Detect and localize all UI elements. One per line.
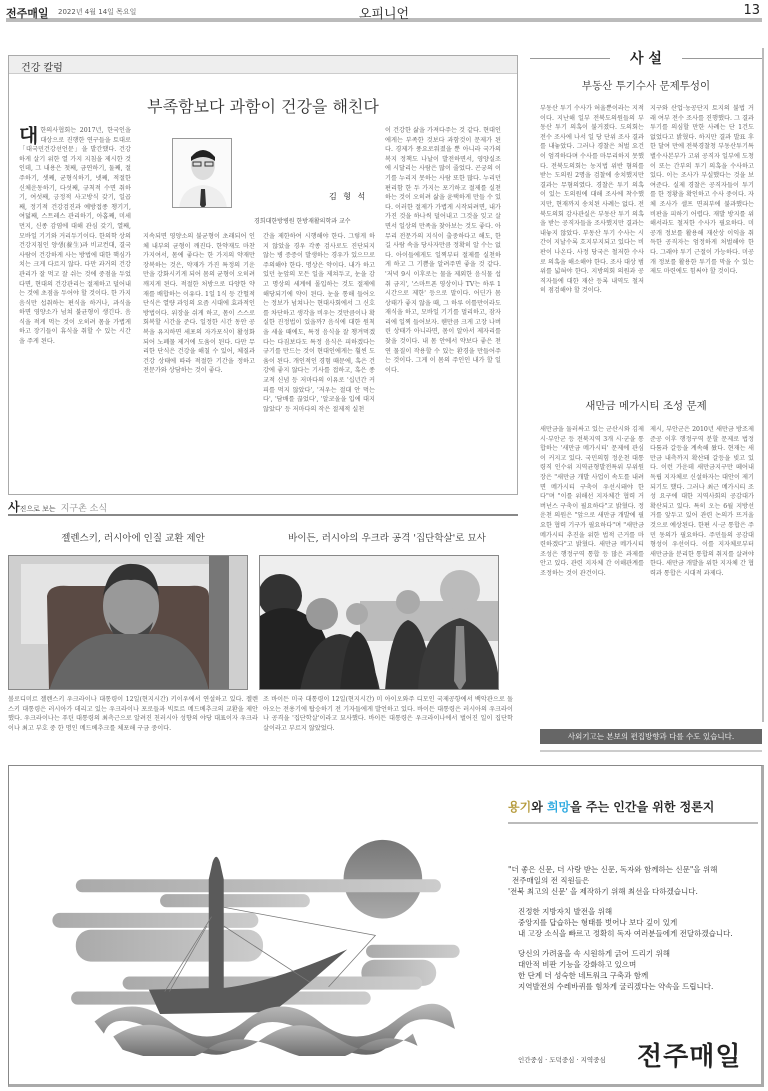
photo-news-heading: 사진으로 보는 지구촌 소식 bbox=[8, 496, 518, 516]
masthead: 전주매일 2022년 4월 14일 목요일 오피니언 13 bbox=[6, 2, 762, 22]
editorial-1-text-2: 지구와 산업·농공단지 토지의 불법 거래 여부 전수 조사를 진행했다. 그 … bbox=[650, 104, 754, 390]
ad-tagline: 인간중심 · 도덕중심 · 지역중심 bbox=[518, 1055, 606, 1064]
ship-illustration-icon bbox=[29, 796, 469, 1056]
author-name: 김 형 석 bbox=[329, 191, 367, 202]
author-photo bbox=[172, 138, 232, 208]
ad-paragraph-3: 당신의 가려움을 속 시원하게 긁어 드리기 위해 대안적 비판 기능을 강화하… bbox=[508, 948, 713, 992]
column-label: 건강 칼럼 bbox=[9, 56, 517, 74]
section-title: 오피니언 bbox=[6, 3, 762, 22]
photo-headline-1: 젤렌스키, 러시아에 인질 교환 제안 bbox=[8, 530, 258, 544]
photo-headline-2: 바이든, 러시아의 우크라 공격 '집단학살'로 묘사 bbox=[262, 530, 512, 544]
photo-person-icon bbox=[9, 556, 248, 690]
disclaimer-banner: 사외기고는 본보의 편집방향과 다를 수도 있습니다. bbox=[540, 729, 762, 744]
ad-slogan: 용기와 희망을 주는 인간을 위한 정론지 bbox=[508, 798, 714, 815]
column-text-2: 지속되면 영양소의 불균형이 초래되어 인체 내부의 균형이 깨진다. 한약재도… bbox=[143, 232, 255, 492]
column-text-3: 간을 제한하여 시행해야 한다. 그렇게 하지 않았을 경우 각종 검사로도 진… bbox=[263, 232, 375, 492]
editorial-headline-2: 새만금 메가시티 조성 문제 bbox=[530, 398, 762, 413]
photo-caption-1: 볼로디미르 젤렌스키 우크라이나 대통령이 12일(현지시간) 키이우에서 연설… bbox=[8, 695, 258, 733]
ad-paragraph-2: 진정한 지방자치 발전을 위해 중앙지를 답습하는 형태를 벗어나 보다 깊이 … bbox=[508, 906, 733, 939]
photo-biden bbox=[259, 555, 499, 690]
newspaper-advertisement: 용기와 희망을 주는 인간을 위한 정론지 "더 좋은 신문, 더 사랑 받는 … bbox=[8, 765, 764, 1087]
divider bbox=[540, 750, 762, 752]
editorial-2-text-1: 새만금을 둘러싸고 있는 군산시와 김제시·부안군 등 전북지역 3개 시·군을… bbox=[540, 425, 644, 715]
editorial-2-text-2: 제시, 부안군은 2010년 새만금 방조제 준공 이후 행정구역 분할 문제로… bbox=[650, 425, 754, 715]
editorial-headline-1: 부동산 투기수사 문제투성이 bbox=[530, 78, 762, 93]
editorial-1-text-1: 부동산 투기 수사가 허울뿐이라는 지적이다. 지난해 일부 전북도의원들의 부… bbox=[540, 104, 644, 390]
column-text-1: 대 한의사협회는 2017년, 한국인을 대상으로 진행한 연구들을 토대로 「… bbox=[19, 126, 131, 491]
dropcap: 대 bbox=[19, 126, 38, 144]
ad-logo: 전주매일 bbox=[637, 1036, 741, 1073]
health-column: 건강 칼럼 부족함보다 과함이 건강을 해친다 대 한의사협회는 2017년, … bbox=[8, 55, 518, 495]
divider bbox=[682, 58, 762, 59]
page-number: 13 bbox=[743, 3, 760, 18]
divider bbox=[508, 822, 758, 824]
photo-zelensky bbox=[8, 555, 248, 690]
photo-caption-2: 조 바이든 미국 대통령이 12일(현지시간) 미 아이오와주 디모인 국제공항… bbox=[263, 695, 513, 733]
column-text-4: 이 건강한 삶을 가져다주는 것 같다. 현대인에게는 부족한 것보다 과함것이… bbox=[385, 126, 501, 491]
author-portrait-icon bbox=[173, 139, 232, 208]
ad-paragraph-1: "더 좋은 신문, 더 사랑 받는 신문, 독자와 함께하는 신문"을 위해 전… bbox=[508, 864, 717, 897]
column-headline: 부족함보다 과함이 건강을 해친다 bbox=[9, 94, 517, 117]
editorial-section: 사 설 부동산 투기수사 문제투성이 부동산 투기 수사가 허울뿐이라는 지적이… bbox=[530, 48, 764, 722]
author-role: 경희대한방병원 한방재활의학과 교수 bbox=[254, 216, 351, 225]
photo-crowd-icon bbox=[260, 556, 499, 690]
